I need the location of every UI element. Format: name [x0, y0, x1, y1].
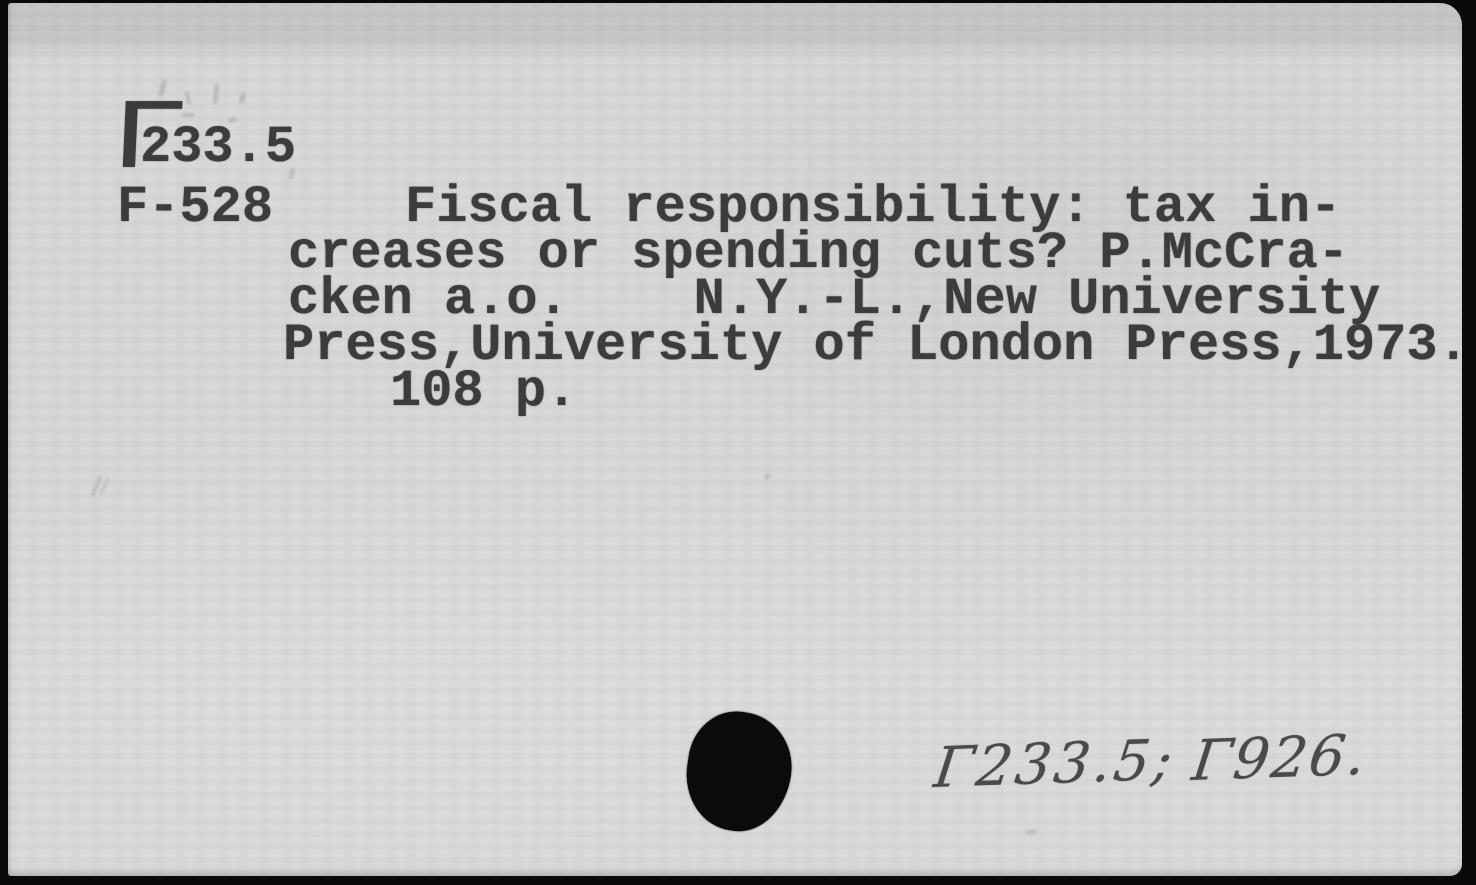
- smudge-mark: [1026, 830, 1037, 834]
- call-number-class: 233.5: [140, 122, 296, 174]
- smudge-mark: [182, 113, 194, 117]
- smudge-mark: [765, 474, 770, 479]
- smudge-mark: [213, 84, 219, 104]
- call-number-cutter: F-528: [117, 182, 273, 234]
- smudge-mark: [99, 477, 109, 495]
- catalog-card: Γ 233.5 F-528 Fiscal responsibility: tax…: [8, 3, 1462, 876]
- handwritten-call-number-left: Γ233.5;: [931, 733, 1178, 797]
- entry-line-pagination: 108 p.: [390, 366, 577, 418]
- photo-background: { "colors":{ "background":"#0a0a0a", "ca…: [0, 0, 1476, 885]
- smudge-mark: [238, 92, 246, 103]
- ink-blot-dot: [679, 705, 799, 837]
- smudge-mark: [185, 92, 191, 105]
- handwritten-call-number-right: Γ926.: [1189, 728, 1370, 790]
